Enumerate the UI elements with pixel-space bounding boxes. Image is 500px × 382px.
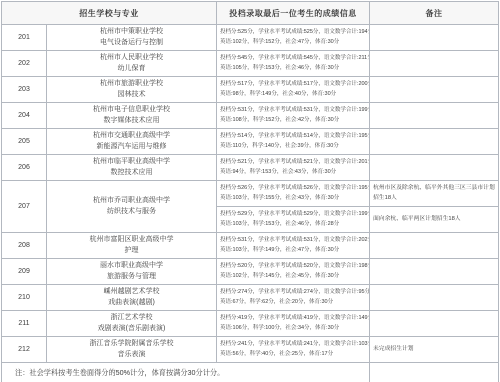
remark-cell: [370, 25, 499, 51]
major-name: 戏曲表演(越剧): [50, 298, 213, 309]
row-number-cell: 204: [2, 103, 47, 129]
score-line2: 英语:105分，科学:153分，社会:46分，体育:30分: [220, 64, 366, 73]
table-row: 204杭州市电子信息职业学校数字媒体技术应用投档分:531分，学业水平考试成绩:…: [2, 103, 499, 129]
table-row: 211浙江艺术学校戏剧表演(音乐剧表演)投档分:419分，学业水平考试成绩:41…: [2, 311, 499, 337]
major-name: 电气设备运行与控制: [50, 38, 213, 49]
school-cell: 杭州市临平职业高级中学数控技术应用: [47, 155, 217, 181]
score-line1: 投档分:521分，学业水平考试成绩:521分，语文数学合计:201分，: [220, 158, 366, 167]
score-line1: 投档分:419分，学业水平考试成绩:419分，语文数学合计:149分，: [220, 314, 366, 323]
school-name: 浙江艺术学校: [50, 313, 213, 324]
score-line1: 投档分:520分，学业水平考试成绩:520分，语文数学合计:198分，: [220, 262, 366, 271]
major-name: 新能源汽车运用与维修: [50, 142, 213, 153]
school-name: 杭州市临平职业高级中学: [50, 157, 213, 168]
header-remark: 备注: [370, 2, 499, 25]
score-cell: 投档分:521分，学业水平考试成绩:521分，语文数学合计:201分，英语:94…: [217, 155, 370, 181]
remark-cell: [370, 51, 499, 77]
school-name: 杭州市富阳区职业高级中学: [50, 235, 213, 246]
school-cell: 杭州市电子信息职业学校数字媒体技术应用: [47, 103, 217, 129]
row-number-cell: 211: [2, 311, 47, 337]
row-number-cell: 208: [2, 233, 47, 259]
remark-cell: [370, 233, 499, 259]
major-name: 戏剧表演(音乐剧表演): [50, 324, 213, 335]
header-score-info: 投档录取最后一位考生的成绩信息: [217, 2, 370, 25]
table-row: 201杭州市中策职业学校电气设备运行与控制投档分:525分，学业水平考试成绩:5…: [2, 25, 499, 51]
score-line2: 英语:103分，科学:155分，社会:43分，体育:30分: [220, 194, 366, 203]
school-cell: 杭州市交通职业高级中学新能源汽车运用与维修: [47, 129, 217, 155]
score-line2: 英语:102分，科学:152分，社会:47分，体育:30分: [220, 38, 366, 47]
score-cell: 投档分:529分，学业水平考试成绩:529分，语文数学合计:199分，英语:10…: [217, 207, 370, 233]
score-line2: 英语:98分，科学:149分，社会:40分，体育:30分: [220, 90, 366, 99]
major-name: 数字媒体技术应用: [50, 116, 213, 127]
school-name: 丽水市职业高级中学: [50, 261, 213, 272]
school-cell: 嵊州越剧艺术学校戏曲表演(越剧): [47, 285, 217, 311]
row-number-cell: 207: [2, 181, 47, 233]
score-cell: 投档分:419分，学业水平考试成绩:419分，语文数学合计:149分，英语:10…: [217, 311, 370, 337]
remark-cell: 面向余杭、临平两区计划招生18人: [370, 207, 499, 233]
score-line1: 投档分:531分，学业水平考试成绩:531分，语文数学合计:199分，: [220, 106, 366, 115]
score-line2: 英语:67分，科学:62分，社会:20分，体育:30分: [220, 298, 366, 307]
remark-cell: [370, 285, 499, 311]
table-row: 207杭州市乔司职业高级中学纺织技术与服务投档分:526分，学业水平考试成绩:5…: [2, 181, 499, 207]
table-row: 208杭州市富阳区职业高级中学护理投档分:531分，学业水平考试成绩:531分，…: [2, 233, 499, 259]
footnote-text: 注：社会学科按考生卷面得分的50%计分，体育按满分30分计分。: [2, 363, 370, 382]
score-cell: 投档分:514分，学业水平考试成绩:514分，语文数学合计:195分，英语:11…: [217, 129, 370, 155]
table-row: 206杭州市临平职业高级中学数控技术应用投档分:521分，学业水平考试成绩:52…: [2, 155, 499, 181]
row-number-cell: 205: [2, 129, 47, 155]
remark-cell: [370, 155, 499, 181]
school-cell: 杭州市乔司职业高级中学纺织技术与服务: [47, 181, 217, 233]
major-name: 幼儿保育: [50, 64, 213, 75]
major-name: 音乐表演: [50, 350, 213, 361]
table-row: 205杭州市交通职业高级中学新能源汽车运用与维修投档分:514分，学业水平考试成…: [2, 129, 499, 155]
major-name: 旅游服务与管理: [50, 272, 213, 283]
score-line2: 英语:56分，科学:40分，社会:25分，体育:17分: [220, 350, 366, 359]
score-line2: 英语:106分，科学:100分，社会:34分，体育:30分: [220, 324, 366, 333]
score-cell: 投档分:517分，学业水平考试成绩:517分，语文数学合计:200分，英语:98…: [217, 77, 370, 103]
row-number-cell: 212: [2, 337, 47, 363]
score-line1: 投档分:241分，学业水平考试成绩:241分，语文数学合计:103分，: [220, 340, 366, 349]
remark-cell: 杭州市区及除余杭、临平外其他三区三县市计划招生18人: [370, 181, 499, 207]
school-name: 嵊州越剧艺术学校: [50, 287, 213, 298]
school-cell: 杭州市富阳区职业高级中学护理: [47, 233, 217, 259]
row-number-cell: 209: [2, 259, 47, 285]
score-line2: 英语:102分，科学:145分，社会:45分，体育:30分: [220, 272, 366, 281]
school-name: 杭州市旅游职业学校: [50, 79, 213, 90]
score-line2: 英语:94分，科学:153分，社会:43分，体育:30分: [220, 168, 366, 177]
remark-cell: [370, 129, 499, 155]
score-line2: 英语:110分，科学:140分，社会:39分，体育:30分: [220, 142, 366, 151]
remark-cell: 未完成招生计划: [370, 337, 499, 363]
footnote-row: 注：社会学科按考生卷面得分的50%计分，体育按满分30分计分。: [2, 363, 499, 382]
school-name: 杭州市电子信息职业学校: [50, 105, 213, 116]
header-school-major: 招生学校与专业: [2, 2, 217, 25]
table-row: 209丽水市职业高级中学旅游服务与管理投档分:520分，学业水平考试成绩:520…: [2, 259, 499, 285]
school-cell: 杭州市旅游职业学校园林技术: [47, 77, 217, 103]
score-cell: 投档分:525分，学业水平考试成绩:525分，语文数学合计:194分，英语:10…: [217, 25, 370, 51]
footnote-remark-cell: [370, 363, 499, 382]
remark-cell: [370, 311, 499, 337]
table-row: 202杭州市人民职业学校幼儿保育投档分:545分，学业水平考试成绩:545分，语…: [2, 51, 499, 77]
score-line1: 投档分:525分，学业水平考试成绩:525分，语文数学合计:194分，: [220, 28, 366, 37]
score-cell: 投档分:531分，学业水平考试成绩:531分，语文数学合计:202分，英语:10…: [217, 233, 370, 259]
row-number-cell: 201: [2, 25, 47, 51]
score-cell: 投档分:545分，学业水平考试成绩:545分，语文数学合计:211分，英语:10…: [217, 51, 370, 77]
score-cell: 投档分:274分，学业水平考试成绩:274分，语文数学合计:95分，英语:67分…: [217, 285, 370, 311]
row-number-cell: 203: [2, 77, 47, 103]
remark-cell: [370, 103, 499, 129]
major-name: 园林技术: [50, 90, 213, 101]
score-cell: 投档分:241分，学业水平考试成绩:241分，语文数学合计:103分，英语:56…: [217, 337, 370, 363]
school-name: 杭州市乔司职业高级中学: [50, 196, 213, 207]
major-name: 护理: [50, 246, 213, 257]
row-number-cell: 206: [2, 155, 47, 181]
school-name: 浙江音乐学院附属音乐学校: [50, 339, 213, 350]
table-header-row: 招生学校与专业 投档录取最后一位考生的成绩信息 备注: [2, 2, 499, 25]
score-cell: 投档分:531分，学业水平考试成绩:531分，语文数学合计:199分，英语:10…: [217, 103, 370, 129]
score-line1: 投档分:514分，学业水平考试成绩:514分，语文数学合计:195分，: [220, 132, 366, 141]
table-row: 212浙江音乐学院附属音乐学校音乐表演投档分:241分，学业水平考试成绩:241…: [2, 337, 499, 363]
school-name: 杭州市人民职业学校: [50, 53, 213, 64]
table-row: 203杭州市旅游职业学校园林技术投档分:517分，学业水平考试成绩:517分，语…: [2, 77, 499, 103]
table-row: 210嵊州越剧艺术学校戏曲表演(越剧)投档分:274分，学业水平考试成绩:274…: [2, 285, 499, 311]
remark-cell: [370, 77, 499, 103]
school-cell: 杭州市人民职业学校幼儿保育: [47, 51, 217, 77]
school-name: 杭州市交通职业高级中学: [50, 131, 213, 142]
school-cell: 杭州市中策职业学校电气设备运行与控制: [47, 25, 217, 51]
score-line1: 投档分:517分，学业水平考试成绩:517分，语文数学合计:200分，: [220, 80, 366, 89]
major-name: 数控技术应用: [50, 168, 213, 179]
row-number-cell: 210: [2, 285, 47, 311]
school-cell: 浙江艺术学校戏剧表演(音乐剧表演): [47, 311, 217, 337]
score-cell: 投档分:526分，学业水平考试成绩:526分，语文数学合计:195分，英语:10…: [217, 181, 370, 207]
score-line2: 英语:108分，科学:152分，社会:42分，体育:30分: [220, 116, 366, 125]
row-number-cell: 202: [2, 51, 47, 77]
school-cell: 浙江音乐学院附属音乐学校音乐表演: [47, 337, 217, 363]
remark-cell: [370, 259, 499, 285]
admission-score-table: 招生学校与专业 投档录取最后一位考生的成绩信息 备注 201杭州市中策职业学校电…: [1, 1, 499, 382]
score-line1: 投档分:531分，学业水平考试成绩:531分，语文数学合计:202分，: [220, 236, 366, 245]
table-body: 201杭州市中策职业学校电气设备运行与控制投档分:525分，学业水平考试成绩:5…: [2, 25, 499, 363]
score-line1: 投档分:526分，学业水平考试成绩:526分，语文数学合计:195分，: [220, 184, 366, 193]
score-line2: 英语:103分，科学:153分，社会:46分，体育:28分: [220, 220, 366, 229]
school-cell: 丽水市职业高级中学旅游服务与管理: [47, 259, 217, 285]
school-name: 杭州市中策职业学校: [50, 27, 213, 38]
score-cell: 投档分:520分，学业水平考试成绩:520分，语文数学合计:198分，英语:10…: [217, 259, 370, 285]
score-line1: 投档分:529分，学业水平考试成绩:529分，语文数学合计:199分，: [220, 210, 366, 219]
score-line1: 投档分:274分，学业水平考试成绩:274分，语文数学合计:95分，: [220, 288, 366, 297]
major-name: 纺织技术与服务: [50, 207, 213, 218]
score-line2: 英语:103分，科学:149分，社会:47分，体育:30分: [220, 246, 366, 255]
score-line1: 投档分:545分，学业水平考试成绩:545分，语文数学合计:211分，: [220, 54, 366, 63]
